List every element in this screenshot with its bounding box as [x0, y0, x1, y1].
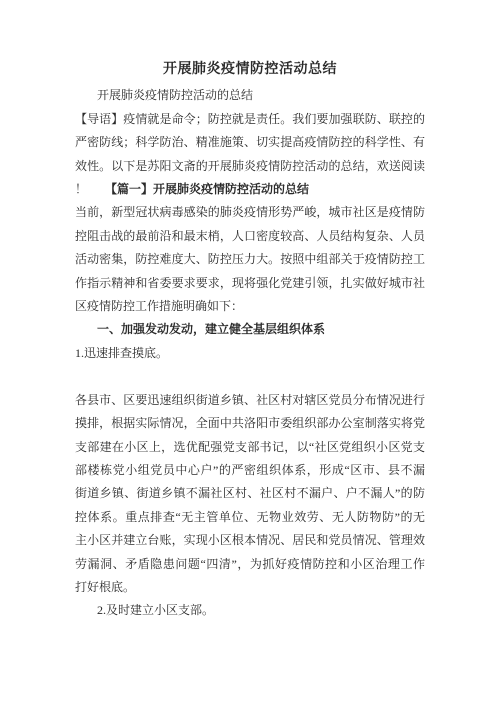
text-line: 当前，新型冠状病毒感染的肺炎疫情形势严峻，城市社区是疫情防: [75, 201, 425, 224]
text-line: 1.迅速排查摸底。: [75, 342, 425, 365]
section-heading-segment: 【篇一】开展肺炎疫情防控活动的总结: [111, 182, 309, 196]
text-line: 主小区并建立台账，实现小区根本情况、居民和党员情况、管理效: [75, 529, 425, 552]
text-line: 支部建在小区上，选优配强党支部书记，以“社区党组织小区党支: [75, 436, 425, 459]
text-line: 活动密集，防控难度大、防控压力大。按照中组部关于疫情防控工: [75, 248, 425, 271]
text-line: 区疫情防控工作措施明确如下：: [75, 295, 425, 318]
blank-line: [75, 365, 425, 388]
text-line: 街道乡镇、街道乡镇不漏社区村、社区村不漏户、户不漏人”的防: [75, 482, 425, 505]
text-line: 2.及时建立小区支部。: [75, 599, 425, 622]
text-line: 作指示精神和省委要求要求，现将强化党建引领，扎实做好城市社: [75, 272, 425, 295]
text-line: 开展肺炎疫情防控活动的总结: [75, 84, 425, 107]
document-page: 开展肺炎疫情防控活动总结 开展肺炎疫情防控活动的总结【导语】疫情就是命令；防控就…: [0, 0, 500, 708]
text-line: 劳漏洞、矛盾隐患问题“四清”，为抓好疫情防控和小区治理工作: [75, 553, 425, 576]
text-line: 控阻击战的最前沿和最末梢，人口密度较高、人员结构复杂、人员: [75, 225, 425, 248]
text-line: 控体系。重点排查“无主管单位、无物业效劳、无人防物防”的无: [75, 506, 425, 529]
document-title: 开展肺炎疫情防控活动总结: [75, 58, 425, 81]
text-line: 一、加强发动发动，建立健全基层组织体系: [75, 318, 425, 341]
text-segment: ！: [75, 182, 111, 196]
text-line: 严密防线；科学防治、精准施策、切实提高疫情防控的科学性、有: [75, 131, 425, 154]
text-line: 【导语】疫情就是命令；防控就是责任。我们要加强联防、联控的: [75, 108, 425, 131]
text-line: ！ 【篇一】开展肺炎疫情防控活动的总结: [75, 178, 425, 201]
text-line: 各县市、区要迅速组织街道乡镇、社区村对辖区党员分布情况进行: [75, 389, 425, 412]
document-body: 开展肺炎疫情防控活动的总结【导语】疫情就是命令；防控就是责任。我们要加强联防、联…: [75, 84, 425, 622]
text-line: 打好根底。: [75, 576, 425, 599]
text-line: 部楼栋党小组党员中心户”的严密组织体系，形成“区市、县不漏: [75, 459, 425, 482]
text-line: 效性。以下是苏阳文斋的开展肺炎疫情防控活动的总结，欢送阅读: [75, 155, 425, 178]
text-line: 摸排，根据实际情况，全面中共洛阳市委组织部办公室制落实将党: [75, 412, 425, 435]
